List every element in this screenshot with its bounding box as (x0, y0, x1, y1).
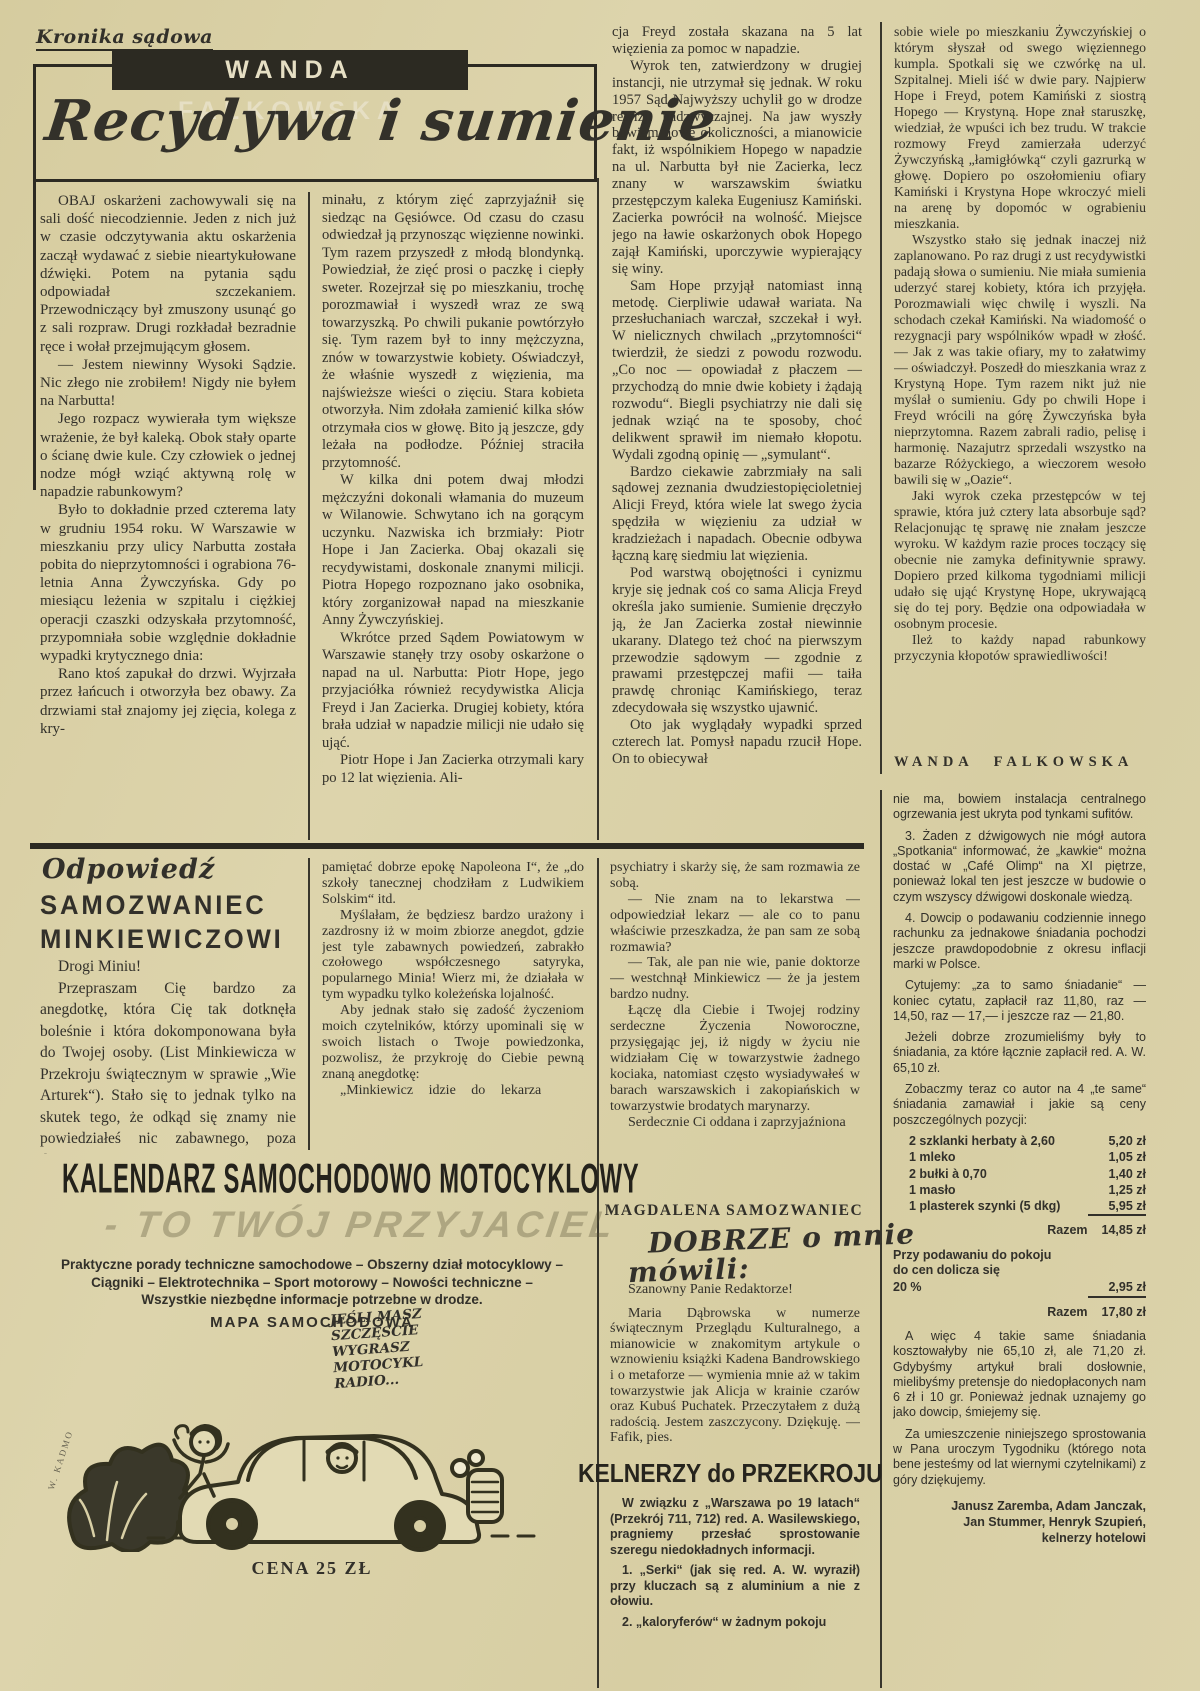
surcharge-pct: 20 % (893, 1280, 922, 1297)
paragraph: sobie wiele po mieszkaniu Żywczyńskiej o… (894, 24, 1146, 232)
paragraph: 1. „Serki“ (jak się red. A. W. wyraził) … (610, 1563, 860, 1610)
paragraph: Aby jednak stało się zadość życzeniom mo… (322, 1003, 584, 1083)
newspaper-page: Kronika sądowa WANDA FALKOWSKA Recydywa … (0, 0, 1200, 1691)
car-illustration (52, 1330, 552, 1552)
column-divider (597, 178, 599, 840)
price-value: 5,20 zł (1088, 1134, 1146, 1149)
total-row: Razem 14,85 zł (893, 1223, 1146, 1238)
price-item: 1 plasterek szynki (5 dkg) (909, 1199, 1060, 1216)
column-divider (880, 22, 882, 774)
paragraph: 2. „kaloryferów“ w żadnym pokoju (610, 1615, 860, 1631)
price-item: 1 mleko (909, 1150, 956, 1165)
paragraph: Za umieszczenie niniejszego sprostowania… (893, 1427, 1146, 1488)
paragraph: Cytujemy: „za to samo śniadanie“ — konie… (893, 978, 1146, 1024)
paragraph: W związku z „Warszawa po 19 latach“ (Prz… (610, 1496, 860, 1558)
decorative-left-rule (33, 176, 36, 490)
article1-column3: cja Freyd została skazana na 5 lat więzi… (612, 24, 862, 842)
signatures: Janusz Zaremba, Adam Janczak, Jan Stumme… (893, 1498, 1146, 1546)
signature-line: kelnerzy hotelowi (893, 1530, 1146, 1546)
total-value: 14,85 zł (1102, 1223, 1146, 1238)
signature-line: Janusz Zaremba, Adam Janczak, (893, 1498, 1146, 1514)
salutation: Drogi Miniu! (40, 956, 296, 978)
author-bar: WANDA FALKOWSKA (112, 50, 468, 90)
paragraph: Pod warstwą obojętności i cynizmu kryje … (612, 565, 862, 717)
paragraph: Ileż to każdy napad rabunkowy przyczynia… (894, 632, 1146, 664)
reply-rubric: Odpowiedź (42, 854, 215, 885)
paragraph: Jego rozpacz wywierała tym większe wraże… (40, 410, 296, 501)
paragraph: Jeżeli dobrze zrozumieliśmy były to śnia… (893, 1030, 1146, 1076)
price-row: 2 bułki à 0,70 1,40 zł (893, 1167, 1146, 1182)
salutation: Szanowny Panie Redaktorze! (610, 1282, 860, 1298)
paragraph: — Nie znam na to lekarstwa — odpowiedzia… (610, 892, 860, 956)
price-row: 1 masło 1,25 zł (893, 1183, 1146, 1198)
paragraph: W kilka dni potem dwaj młodzi mężczyźni … (322, 472, 584, 630)
article1-column4: sobie wiele po mieszkaniu Żywczyńskiej o… (894, 24, 1146, 748)
article1-column2: minału, z którym zięć zaprzyjaźnił się s… (322, 192, 584, 842)
paragraph: Maria Dąbrowska w numerze świątecznym Pr… (610, 1306, 860, 1446)
article1-signature: WANDA FALKOWSKA (894, 754, 1146, 771)
paragraph: cja Freyd została skazana na 5 lat więzi… (612, 24, 862, 58)
total-label: Razem (1047, 1223, 1087, 1238)
price-row: 1 mleko 1,05 zł (893, 1150, 1146, 1165)
paragraph: — Jestem niewinny Wysoki Sądzie. Nic złe… (40, 356, 296, 411)
paragraph: „Minkiewicz idzie do lekarza (322, 1083, 584, 1099)
paragraph: Rano ktoś zapukał do drzwi. Wyjrzała prz… (40, 665, 296, 738)
price-item: 1 masło (909, 1183, 956, 1198)
price-value: 5,95 zł (1088, 1199, 1146, 1216)
paragraph: nie ma, bowiem instalacja centralnego og… (893, 792, 1146, 823)
ad-headline: KALENDARZ SAMOCHODOWO MOTOCYKLOWY (62, 1156, 565, 1203)
price-value: 1,25 zł (1088, 1183, 1146, 1198)
paragraph: 4. Dowcip o podawaniu codziennie innego … (893, 911, 1146, 972)
paragraph: Zobaczmy teraz co autor na 4 „te same“ ś… (893, 1082, 1146, 1128)
article3-body: Szanowny Panie Redaktorze! Maria Dąbrows… (610, 1282, 860, 1460)
surcharge-value: 2,95 zł (1088, 1280, 1146, 1297)
paragraph: OBAJ oskarżeni zachowywali się na sali d… (40, 192, 296, 356)
paragraph: Wszystko stało się jednak inaczej niż za… (894, 232, 1146, 488)
paragraph: Łączę dla Ciebie i Twojej rodziny serdec… (610, 1003, 860, 1114)
paragraph: Było to dokładnie przed czterema laty w … (40, 501, 296, 665)
paragraph: Jaki wyrok czeka przestępców w tej spraw… (894, 488, 1146, 632)
column-divider (308, 192, 310, 840)
surcharge-row: 20 % 2,95 zł (893, 1280, 1146, 1297)
paragraph: Sam Hope przyjął natomiast inną metodę. … (612, 278, 862, 464)
paragraph: Wyrok ten, zatwierdzony w drugiej instan… (612, 58, 862, 278)
article2-signature: MAGDALENA SAMOZWANIEC (600, 1202, 868, 1220)
article1-column1: OBAJ oskarżeni zachowywali się na sali d… (40, 192, 296, 842)
paragraph: Piotr Hope i Jan Zacierka otrzymali kary… (322, 752, 584, 787)
kelnerzy-title: KELNERZY do PRZEKROJU (578, 1458, 883, 1489)
article4-left-column: W związku z „Warszawa po 19 latach“ (Prz… (610, 1496, 860, 1688)
paragraph: minału, z którym zięć zaprzyjaźnił się s… (322, 192, 584, 472)
reply-title-line1: SAMOZWANIEC (40, 890, 325, 921)
total-row: Razem 17,80 zł (893, 1305, 1146, 1320)
section-rule (30, 843, 864, 849)
price-value: 1,40 zł (1088, 1167, 1146, 1182)
paragraph: A więc 4 takie same śniadania kosztowały… (893, 1329, 1146, 1421)
price-value: 1,05 zł (1088, 1150, 1146, 1165)
reply-title-line2: MINKIEWICZOWI (40, 924, 325, 955)
article2-column3: psychiatry i skarży się, że sam rozmawia… (610, 860, 860, 1196)
article2-column1: Drogi Miniu! Przepraszam Cię bardzo za a… (40, 956, 296, 1154)
section-rubric: Kronika sądowa (36, 26, 213, 51)
paragraph: 3. Żaden z dźwigowych nie mógł autora „S… (893, 829, 1146, 905)
price-row: 1 plasterek szynki (5 dkg) 5,95 zł (893, 1199, 1146, 1216)
article4-right-column: nie ma, bowiem instalacja centralnego og… (893, 792, 1146, 1688)
paragraph: psychiatry i skarży się, że sam rozmawia… (610, 860, 860, 892)
surcharge-text: Przy podawaniu do pokoju do cen dolicza … (893, 1248, 1063, 1279)
paragraph: Myślałam, że będziesz bardzo urażony i z… (322, 908, 584, 1003)
paragraph: Serdecznie Ci oddana i zaprzyjaźniona (610, 1115, 860, 1131)
signature-line: Jan Stummer, Henryk Szupień, (893, 1514, 1146, 1530)
price-item: 2 szklanki herbaty à 2,60 (909, 1134, 1055, 1149)
article2-column2: pamiętać dobrze epokę Napoleona I“, że „… (322, 860, 584, 1144)
surcharge-row: Przy podawaniu do pokoju do cen dolicza … (893, 1248, 1146, 1279)
paragraph: Wkrótce przed Sądem Powiatowym w Warszaw… (322, 630, 584, 753)
price-item: 2 bułki à 0,70 (909, 1167, 987, 1182)
price-row: 2 szklanki herbaty à 2,60 5,20 zł (893, 1134, 1146, 1149)
paragraph: — Tak, ale pan nie wie, panie doktorze —… (610, 955, 860, 1003)
paragraph: Przepraszam Cię bardzo za anegdotkę, któ… (40, 978, 296, 1155)
paragraph: Oto jak wyglądały wypadki sprzed czterec… (612, 717, 862, 768)
column-divider (597, 858, 599, 1688)
paragraph: pamiętać dobrze epokę Napoleona I“, że „… (322, 860, 584, 908)
price-table: 2 szklanki herbaty à 2,60 5,20 zł 1 mlek… (893, 1134, 1146, 1320)
total-value: 17,80 zł (1102, 1305, 1146, 1320)
ad-price: CENA 25 ZŁ (58, 1558, 566, 1579)
ad-tagline: - TO TWÓJ PRZYJACIEL (102, 1204, 619, 1246)
total-label: Razem (1047, 1305, 1087, 1320)
paragraph: Bardzo ciekawie zabrzmiały na sali sądow… (612, 464, 862, 565)
